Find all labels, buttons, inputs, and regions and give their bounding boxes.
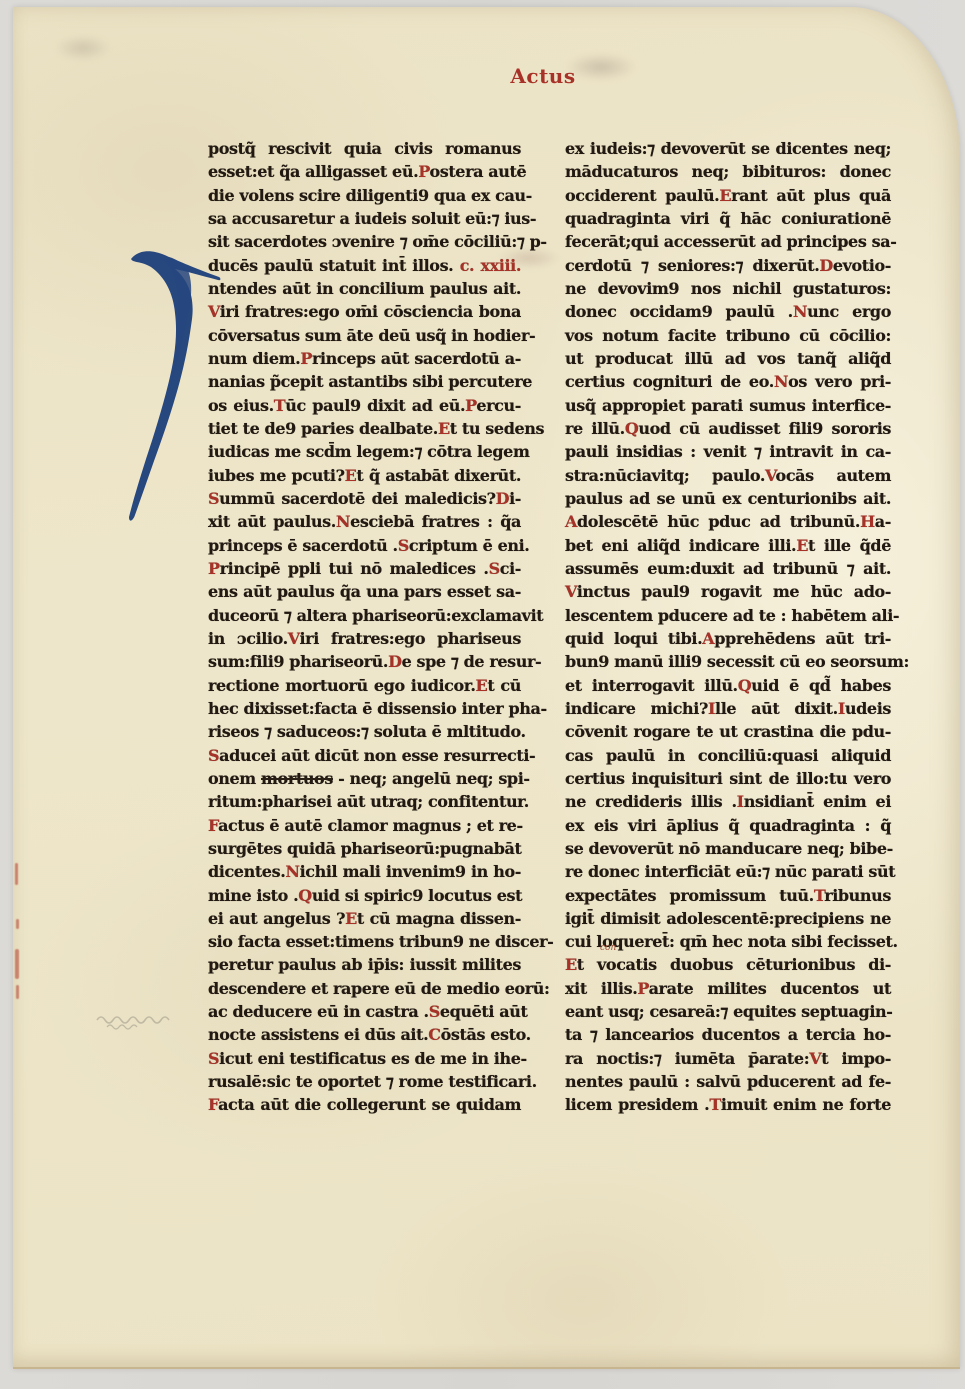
text-line: xit illis.Parate milites ducentos ut bbox=[565, 977, 891, 1000]
text-line: cōvenit rogare te ut crastina die pdu- bbox=[565, 720, 891, 743]
text-line: fecerāt;qui accesserūt ad principes sa- bbox=[565, 230, 891, 253]
text-line: ritum:pharisei aūt utraq; confitentur. bbox=[208, 790, 521, 813]
text-line: pauli insidias : venit ⁊ intravit in ca- bbox=[565, 440, 891, 463]
text-line: rusalē:sic te oportet ⁊ rome testificari… bbox=[208, 1070, 521, 1093]
text-line: num diem.Princeps aūt sacerdotū a- bbox=[208, 347, 521, 370]
text-line: occiderent paulū.Erant aūt plus quā bbox=[565, 184, 891, 207]
text-line: ne credideris illis .Insidiant̄ enim ei bbox=[565, 790, 891, 813]
text-column-right: ex iudeis:⁊ devoverūt se dicentes neq;mā… bbox=[565, 137, 891, 1122]
scan-background: Actus postq̃ rescivit quia civis romanus… bbox=[0, 0, 965, 1389]
text-line: onem mortuos - neq; angelū neq; spi- bbox=[208, 767, 521, 790]
text-line: usq̃ appropiet parati sumus interfice- bbox=[565, 394, 891, 417]
text-line: os eius.Tūc paul9 dixit ad eū.Percu- bbox=[208, 394, 521, 417]
text-line: Adolescētē hūc pduc ad tribunū.Ha- bbox=[565, 510, 891, 533]
text-line: stra:nūciavitq; paulo.Vocās autem bbox=[565, 464, 891, 487]
text-line: māducaturos neq; bibituros: donec bbox=[565, 160, 891, 183]
text-line: Summū sacerdotē dei maledicis?Di- bbox=[208, 487, 521, 510]
text-line: et interrogavit illū.Quid ē qd̃ habes bbox=[565, 674, 891, 697]
text-line: ens aūt paulus q̃a una pars esset sa- bbox=[208, 580, 521, 603]
text-line: cōversatus sum āte deū usq̃ in hodier- bbox=[208, 324, 521, 347]
text-line: nanias p̃cepit astantibs sibi percutere bbox=[208, 370, 521, 393]
text-line: cerdotū ⁊ seniores:⁊ dixerūt.Devotio- bbox=[565, 254, 891, 277]
text-line: bun9 manū illi9 secessit cū eo seorsum: bbox=[565, 650, 891, 673]
text-line: Saducei aūt dicūt non esse resurrecti- bbox=[208, 744, 521, 767]
text-line: hec dixisset:facta ē dissensio inter pha… bbox=[208, 697, 521, 720]
text-line: riseos ⁊ saduceos:⁊ soluta ē mltitudo. bbox=[208, 720, 521, 743]
text-line: in ɔcilio.Viri fratres:ego phariseus bbox=[208, 627, 521, 650]
text-line: tiet te de9 paries dealbate.Et tu sedens bbox=[208, 417, 521, 440]
text-line: lescentem pducere ad te : habētem ali- bbox=[565, 604, 891, 627]
text-line: peretur paulus ab ip̄is: iussit milites bbox=[208, 953, 521, 976]
text-line: indicare michi?Ille aūt dixit.Iudeis bbox=[565, 697, 891, 720]
text-line: Viri fratres:ego om̄i cōsciencia bona bbox=[208, 300, 521, 323]
text-line: sit sacerdotes ɔvenire ⁊ om̄e cōciliū:⁊ … bbox=[208, 230, 521, 253]
text-line: die volens scire diligenti9 qua ex cau- bbox=[208, 184, 521, 207]
text-line: licem presidem .Timuit enim ne forte bbox=[565, 1093, 891, 1116]
text-line: Vinctus paul9 rogavit me hūc ado- bbox=[565, 580, 891, 603]
text-line: Factus ē autē clamor magnus ; et re- bbox=[208, 814, 521, 837]
text-line: ex eis viri āplius q̃ quadraginta : q̃ bbox=[565, 814, 891, 837]
text-line: cas paulū in conciliū:quasi aliquid bbox=[565, 744, 891, 767]
text-line: bet eni aliq̃d indicare illi.Et ille q̃d… bbox=[565, 534, 891, 557]
text-line: ntendes aūt in concilium paulus ait. bbox=[208, 277, 521, 300]
text-line: expectātes promissum tuū.Tribunus bbox=[565, 884, 891, 907]
marginal-annotation-scribble bbox=[93, 1000, 177, 1036]
text-line: sum:fili9 phariseorū.De spe ⁊ de resur- bbox=[208, 650, 521, 673]
text-line: quadraginta viri q̃ hāc coniurationē bbox=[565, 207, 891, 230]
text-line: ut producat illū ad vos tanq̃ aliq̃d bbox=[565, 347, 891, 370]
text-line: igit̄ dimisit adolescentē:precipiens ne bbox=[565, 907, 891, 930]
text-line: re illū.Quod cū audisset fili9 sororis bbox=[565, 417, 891, 440]
text-line: ex iudeis:⁊ devoverūt se dicentes neq; bbox=[565, 137, 891, 160]
text-line: quid loqui tibi.Apprehēdens aūt tri- bbox=[565, 627, 891, 650]
text-line: Sicut eni testificatus es de me in ihe- bbox=[208, 1047, 521, 1070]
text-line: duceorū ⁊ altera phariseorū:exclamavit bbox=[208, 604, 521, 627]
text-column-left: postq̃ rescivit quia civis romanusesset:… bbox=[208, 137, 521, 1122]
text-line: ne devovim9 nos nichil gustaturos: bbox=[565, 277, 891, 300]
text-line: ac deducere eū in castra .Sequēti aūt bbox=[208, 1000, 521, 1023]
text-line: dicentes.Nichil mali invenim9 in ho- bbox=[208, 860, 521, 883]
text-line: postq̃ rescivit quia civis romanus bbox=[208, 137, 521, 160]
text-line: ei aut angelus ?Et cū magna dissen- bbox=[208, 907, 521, 930]
text-line: certius cognituri de eo.Nos vero pri- bbox=[565, 370, 891, 393]
text-line: Et vocatis duobus cēturionibus di- bbox=[565, 953, 891, 976]
text-line: donec occidam9 paulū .Nunc ergo bbox=[565, 300, 891, 323]
pencil-smudge bbox=[55, 35, 111, 61]
text-line: se devoverūt nō manducare neq; bibe- bbox=[565, 837, 891, 860]
interlinear-correction: con bbox=[600, 943, 616, 953]
text-line: descendere et rapere eū de medio eorū: bbox=[208, 977, 521, 1000]
text-line: iubes me pcuti?Et q̃ astabāt dixerūt. bbox=[208, 464, 521, 487]
text-line: Principē ppli tui nō maledices .Sci- bbox=[208, 557, 521, 580]
text-line: Facta aūt die collegerunt se quidam bbox=[208, 1093, 521, 1116]
text-line: assumēs eum:duxit ad tribunū ⁊ ait. bbox=[565, 557, 891, 580]
running-title: Actus bbox=[463, 64, 623, 88]
text-line: ta ⁊ lancearios ducentos a tercia ho- bbox=[565, 1023, 891, 1046]
text-line: iudicas me scd̄m legem:⁊ cōtra legem bbox=[208, 440, 521, 463]
text-line: vos notum facite tribuno cū cōcilio: bbox=[565, 324, 891, 347]
text-line: sio facta esset:timens tribun9 ne discer… bbox=[208, 930, 521, 953]
text-line: esset:et q̃a alligasset eū.Postera autē bbox=[208, 160, 521, 183]
text-line: paulus ad se unū ex centurionibs ait. bbox=[565, 487, 891, 510]
text-line: eant usq; cesareā:⁊ equites septuagin- bbox=[565, 1000, 891, 1023]
text-line: sa accusaretur a iudeis soluit eū:⁊ ius- bbox=[208, 207, 521, 230]
text-line: princeps ē sacerdotū .Scriptum ē eni. bbox=[208, 534, 521, 557]
text-line: certius inquisituri sint de illo:tu vero bbox=[565, 767, 891, 790]
text-line: rectione mortuorū ego iudicor.Et cū bbox=[208, 674, 521, 697]
text-line: mine isto .Quid si spiric9 locutus est bbox=[208, 884, 521, 907]
text-line: xit aūt paulus.Nesciebā fratres : q̃a bbox=[208, 510, 521, 533]
text-line: ra noctis:⁊ iumēta p̄arate:Vt impo- bbox=[565, 1047, 891, 1070]
text-line: nocte assistens ei dūs ait.Cōstās esto. bbox=[208, 1023, 521, 1046]
text-line: surgētes quidā phariseorū:pugnabāt bbox=[208, 837, 521, 860]
manuscript-page: Actus postq̃ rescivit quia civis romanus… bbox=[13, 7, 960, 1369]
text-line: re donec interficiāt eū:⁊ nūc parati sūt bbox=[565, 860, 891, 883]
text-line: ducēs paulū statuit int̄ illos. c. xxiii… bbox=[208, 254, 521, 277]
text-line: nentes paulū : salvū pducerent ad fe- bbox=[565, 1070, 891, 1093]
